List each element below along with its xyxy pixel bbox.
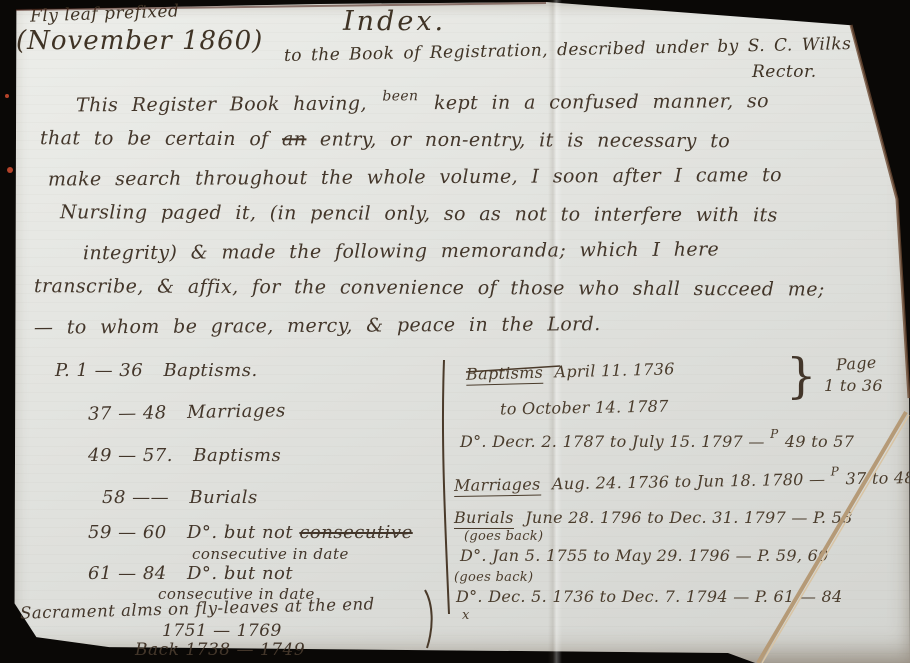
page-range: 61 — 84 [88,563,167,584]
index-row: 61 — 84 D°. but not [88,563,293,584]
index-row: 58 —— Burials [102,487,258,508]
index-row: 37 — 48 Marriages [88,400,286,424]
paragraph-text: that to be certain of [40,127,269,150]
paragraph-text: entry, or non-entry, it is necessary to [320,128,730,152]
paragraph-line: Nursling paged it, (in pencil only, so a… [28,201,892,242]
introduction-paragraph: This Register Book having, been kept in … [28,92,892,351]
date-annotation: (November 1860) [16,26,263,56]
page-range: P. 1 — 36 [55,360,143,381]
x-mark: x [462,608,470,623]
row-text: June 28. 1796 to Dec. 31. 1797 — P. 58 [525,508,852,527]
ink-speck [5,94,9,98]
index-row: D°. Decr. 2. 1787 to July 15. 1797 — P 4… [460,432,854,451]
index-row: D°. Dec. 5. 1736 to Dec. 7. 1794 — P. 61… [456,587,843,606]
underlined-keyword: Burials [454,508,514,529]
row-label: Baptisms [193,445,281,466]
paragraph-line: transcribe, & affix, for the convenience… [28,275,892,316]
paragraph-line: make search throughout the whole volume,… [28,163,892,205]
index-row-continuation: to October 14. 1787 [500,397,669,419]
page-range: 49 to 57 [785,432,854,451]
row-label: Burials [189,487,257,508]
paragraph-line: — to whom be grace, mercy, & peace in th… [28,311,892,353]
paragraph-line: that to be certain of an entry, or non-e… [28,127,892,168]
row-label: D°. but not [187,563,293,584]
ink-speck [7,167,13,173]
goes-back-note: (goes back) [464,529,543,544]
row-label: D°. but not [187,522,293,543]
index-row: P. 1 — 36 Baptisms. [55,360,258,381]
underlined-keyword: Marriages [454,475,541,498]
paragraph-line: integrity) & made the following memorand… [28,237,892,279]
superscript-page-mark: P [770,427,778,441]
page-title: Index. [343,6,446,37]
index-row: D°. Jan 5. 1755 to May 29. 1796 — P. 59,… [460,546,829,565]
curly-brace: } [786,348,817,404]
row-label: Marriages [187,400,286,423]
index-row-subnote: consecutive in date [192,545,349,563]
index-row: Marriages Aug. 24. 1736 to Jun 18. 1780 … [454,468,910,495]
row-text: Aug. 24. 1736 to Jun 18. 1780 — [552,470,826,494]
row-text: April 11. 1736 [554,359,675,381]
index-row: Burials June 28. 1796 to Dec. 31. 1797 —… [454,508,853,527]
paragraph-text: kept in a confused manner, so [434,90,769,114]
page-range: 37 — 48 [88,402,167,424]
struck-word: consecutive [299,522,412,543]
rector-signature: Rector. [752,62,817,82]
inserted-word: been [382,88,418,104]
alms-years-back: Back 1738 — 1749 [135,640,305,660]
index-row: Baptisms April 11. 1736 [466,359,675,383]
page-label: Page [835,353,877,375]
page-range: 49 — 57. [88,445,173,466]
underlined-keyword: Baptisms [466,363,544,386]
paragraph-text: This Register Book having, [76,93,367,117]
index-right-column: Baptisms April 11. 1736 to October 14. 1… [452,356,908,636]
superscript-page-mark: P [831,464,840,478]
struck-word: an [282,128,306,150]
page-range: 58 —— [102,487,169,508]
alms-years: 1751 — 1769 [162,621,282,641]
page-range: 1 to 36 [824,376,883,395]
sacrament-alms-note: Sacrament alms on fly-leaves at the end [20,594,375,622]
index-left-column: P. 1 — 36 Baptisms. 37 — 48 Marriages 49… [40,356,450,663]
index-row: 49 — 57. Baptisms [88,445,281,466]
manuscript-scan: Fly leaf prefixed (November 1860) Index.… [0,0,910,663]
page-range: 37 to 48 [845,468,910,488]
page-range: 59 — 60 [88,522,167,543]
paragraph-line: This Register Book having, been kept in … [28,89,892,131]
row-text: D°. Decr. 2. 1787 to July 15. 1797 — [460,432,765,451]
index-row: 59 — 60 D°. but not consecutive [88,522,413,543]
row-label: Baptisms. [163,360,257,381]
goes-back-note: (goes back) [454,570,533,585]
